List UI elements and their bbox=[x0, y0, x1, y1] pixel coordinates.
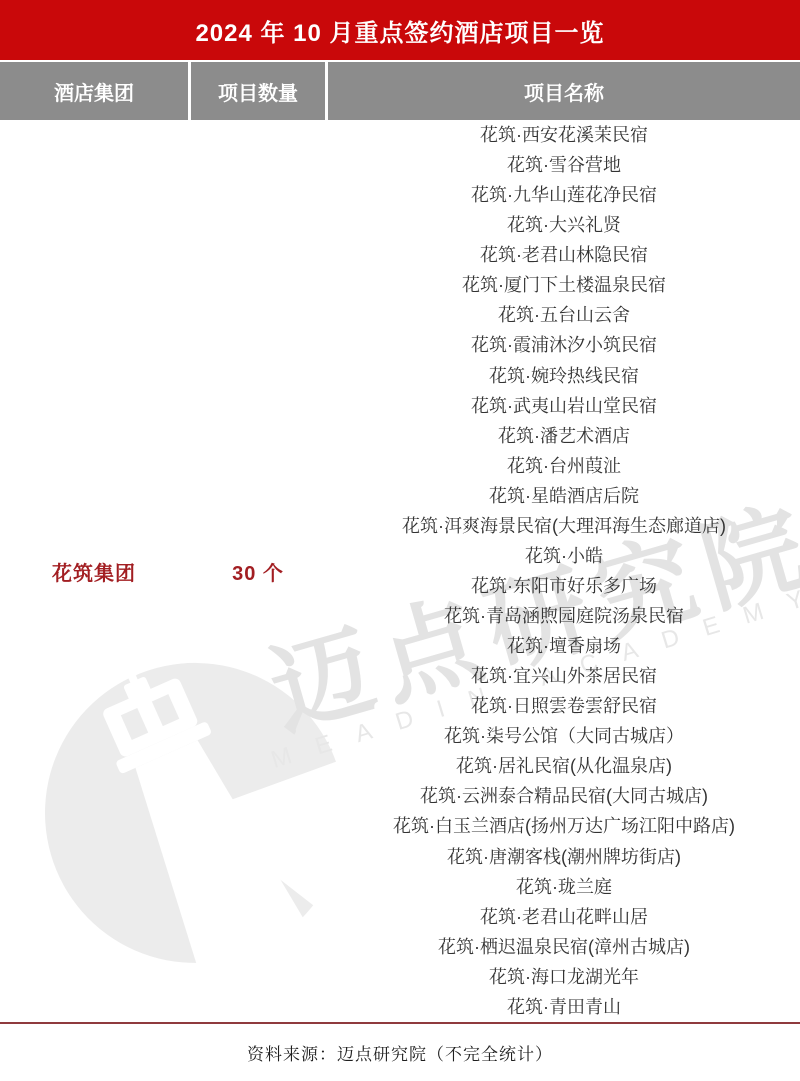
column-header-project-name: 项目名称 bbox=[328, 62, 800, 120]
project-item: 花筑·柒号公馆（大同古城店） bbox=[444, 727, 684, 745]
project-item: 花筑·白玉兰酒店(扬州万达广场江阳中路店) bbox=[393, 817, 735, 835]
project-item: 花筑·台州葭沚 bbox=[507, 457, 621, 475]
table-row: 花筑集团 30 个 花筑·西安花溪茉民宿花筑·雪谷营地花筑·九华山莲花净民宿花筑… bbox=[0, 120, 800, 1022]
table-body: 迈点研究院 MEADIN ACADEMY 花筑集团 30 个 花筑·西安花溪茉民… bbox=[0, 120, 800, 1022]
source-footer: 资料来源：迈点研究院（不完全统计） bbox=[0, 1022, 800, 1081]
project-name-list: 花筑·西安花溪茉民宿花筑·雪谷营地花筑·九华山莲花净民宿花筑·大兴礼贤花筑·老君… bbox=[328, 120, 800, 1022]
project-count-value: 30 个 bbox=[232, 557, 284, 586]
project-item: 花筑·老君山林隐民宿 bbox=[480, 246, 648, 264]
project-item: 花筑·栖迟温泉民宿(漳州古城店) bbox=[438, 938, 690, 956]
hotel-group-cell: 花筑集团 bbox=[0, 120, 188, 1022]
hotel-group-name: 花筑集团 bbox=[52, 557, 136, 586]
project-item: 花筑·宜兴山外茶居民宿 bbox=[471, 667, 657, 685]
project-item: 花筑·洱爽海景民宿(大理洱海生态廊道店) bbox=[402, 517, 726, 535]
project-item: 花筑·五台山云舍 bbox=[498, 306, 630, 324]
project-item: 花筑·日照雲卷雲舒民宿 bbox=[471, 697, 657, 715]
project-item: 花筑·珑兰庭 bbox=[516, 878, 612, 896]
column-header-hotel-group: 酒店集团 bbox=[0, 62, 188, 120]
column-header-project-count: 项目数量 bbox=[191, 62, 325, 120]
project-item: 花筑·老君山花畔山居 bbox=[480, 908, 648, 926]
project-item: 花筑·大兴礼贤 bbox=[507, 216, 621, 234]
project-item: 花筑·婉玲热线民宿 bbox=[489, 367, 639, 385]
source-note: 资料来源：迈点研究院（不完全统计） bbox=[247, 1040, 553, 1065]
project-item: 花筑·小皓 bbox=[525, 547, 603, 565]
table-title: 2024 年 10 月重点签约酒店项目一览 bbox=[195, 13, 604, 48]
project-item: 花筑·壇香扇场 bbox=[507, 637, 621, 655]
project-item: 花筑·西安花溪茉民宿 bbox=[480, 126, 648, 144]
project-item: 花筑·霞浦沐汐小筑民宿 bbox=[471, 336, 657, 354]
project-item: 花筑·青岛涵煦园庭院汤泉民宿 bbox=[444, 607, 684, 625]
project-item: 花筑·居礼民宿(从化温泉店) bbox=[456, 757, 672, 775]
project-item: 花筑·九华山莲花净民宿 bbox=[471, 186, 657, 204]
table-title-bar: 2024 年 10 月重点签约酒店项目一览 bbox=[0, 0, 800, 60]
signed-hotel-projects-table: 2024 年 10 月重点签约酒店项目一览 酒店集团 项目数量 项目名称 bbox=[0, 0, 800, 1081]
project-item: 花筑·青田青山 bbox=[507, 998, 621, 1016]
project-item: 花筑·唐潮客栈(潮州牌坊街店) bbox=[447, 848, 681, 866]
column-header-row: 酒店集团 项目数量 项目名称 bbox=[0, 62, 800, 120]
project-item: 花筑·星皓酒店后院 bbox=[489, 487, 639, 505]
project-item: 花筑·厦门下土楼温泉民宿 bbox=[462, 276, 666, 294]
project-item: 花筑·云洲泰合精品民宿(大同古城店) bbox=[420, 787, 708, 805]
project-item: 花筑·雪谷营地 bbox=[507, 156, 621, 174]
project-item: 花筑·潘艺术酒店 bbox=[498, 427, 630, 445]
project-item: 花筑·武夷山岩山堂民宿 bbox=[471, 397, 657, 415]
project-count-cell: 30 个 bbox=[191, 120, 325, 1022]
project-item: 花筑·海口龙湖光年 bbox=[489, 968, 639, 986]
project-item: 花筑·东阳市好乐多广场 bbox=[471, 577, 657, 595]
